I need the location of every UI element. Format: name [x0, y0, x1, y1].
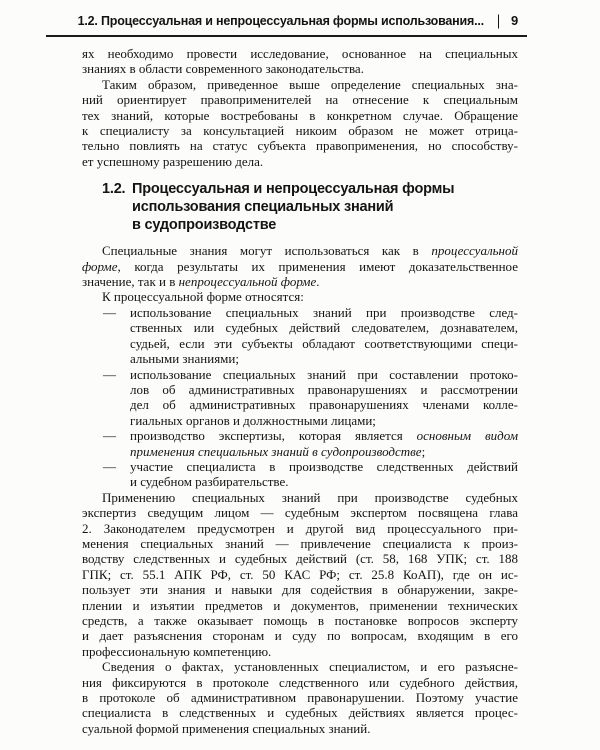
section-heading: 1.2.Процессуальная и непроцессуальная фо…: [82, 180, 518, 234]
text-line: ГПК; ст. 55.1 АПК РФ, ст. 50 КАС РФ; ст.…: [82, 567, 518, 582]
text-line: и судебном разбирательстве.: [82, 474, 518, 489]
text-line: 2. Законодателем предусмотрен и другой в…: [82, 521, 518, 536]
text-line: лов об административных правонарушениях …: [82, 382, 518, 397]
list-dash-marker: —: [103, 428, 130, 443]
text-line: Специальные знания могут использоваться …: [82, 243, 518, 258]
text-line: применения специальных знаний в судопрои…: [82, 444, 518, 459]
text-line: ния фиксируются в протоколе следственног…: [82, 675, 518, 690]
text-line: специалиста в следственных и судебных де…: [82, 705, 518, 720]
text-line: ях необходимо провести исследование, осн…: [82, 46, 518, 61]
list-item-line: —участие специалиста в производстве след…: [82, 459, 518, 474]
text-line: альными знаниями;: [82, 351, 518, 366]
header-separator: |: [497, 12, 500, 30]
text-line: в протоколе об административном правонар…: [82, 690, 518, 705]
text-line: дел об административных правонарушениях …: [82, 397, 518, 412]
text-line: тех знаний, которые востребованы в конкр…: [82, 108, 518, 123]
page-number: 9: [511, 13, 518, 29]
text-line: значение, так и в непроцессуальной форме…: [82, 274, 518, 289]
text-line: Сведения о фактах, установленных специал…: [82, 659, 518, 674]
list-dash-marker: —: [103, 459, 130, 474]
page-header: 1.2. Процессуальная и непроцессуальная ф…: [82, 13, 518, 29]
list-dash-marker: —: [103, 367, 130, 382]
text-line: ственных или судебных действий следовате…: [82, 320, 518, 335]
text-line: знаниях в области современного законодат…: [82, 61, 518, 76]
text-line: суальной формой применения специальных з…: [82, 721, 518, 736]
list-item-line: —использование специальных знаний при со…: [82, 367, 518, 382]
text-line: тельно повлиять на статус субъекта право…: [82, 138, 518, 153]
text-line: водству следственных и судебных действий…: [82, 551, 518, 566]
text-line: ний ориентирует правоприменителей на отн…: [82, 92, 518, 107]
text-line: к специалисту за консультацией никоим об…: [82, 123, 518, 138]
text-line: форме, когда результаты их применения им…: [82, 259, 518, 274]
list-item-line: —производство экспертизы, которая являет…: [82, 428, 518, 443]
text-line: Применению специальных знаний при произв…: [82, 490, 518, 505]
text-line: плении и изъятии предметов и документов,…: [82, 598, 518, 613]
text-line: пользует эти знания и навыки для содейст…: [82, 582, 518, 597]
list-item-line: —использование специальных знаний при пр…: [82, 305, 518, 320]
text-line: менения специальных знаний — привлечение…: [82, 536, 518, 551]
text-line: и дает разъяснения сторонам и суду по во…: [82, 628, 518, 643]
list-dash-marker: —: [103, 305, 130, 320]
section-heading-line: использования специальных знаний: [102, 198, 518, 216]
page-body: ях необходимо провести исследование, осн…: [82, 46, 518, 736]
text-line: судьей, если эти субъекты обладают соотв…: [82, 336, 518, 351]
running-header-title: 1.2. Процессуальная и непроцессуальная ф…: [78, 13, 484, 29]
text-line: Таким образом, приведенное выше определе…: [82, 77, 518, 92]
text-line: средств, а также оказывает помощь в пост…: [82, 613, 518, 628]
scanned-book-page: 1.2. Процессуальная и непроцессуальная ф…: [0, 0, 600, 750]
text-line: профессиональную компетенцию.: [82, 644, 518, 659]
text-line: К процессуальной форме относятся:: [82, 289, 518, 304]
section-heading-line: в судопроизводстве: [102, 216, 518, 234]
section-heading-line: 1.2.Процессуальная и непроцессуальная фо…: [102, 180, 518, 198]
text-line: ет успешному разрешению дела.: [82, 154, 518, 169]
header-rule: [46, 35, 527, 37]
section-number: 1.2.: [102, 180, 132, 198]
text-line: экспертиз сведущим лицом — судебным эксп…: [82, 505, 518, 520]
text-line: гиальных органов и должностными лицами;: [82, 413, 518, 428]
